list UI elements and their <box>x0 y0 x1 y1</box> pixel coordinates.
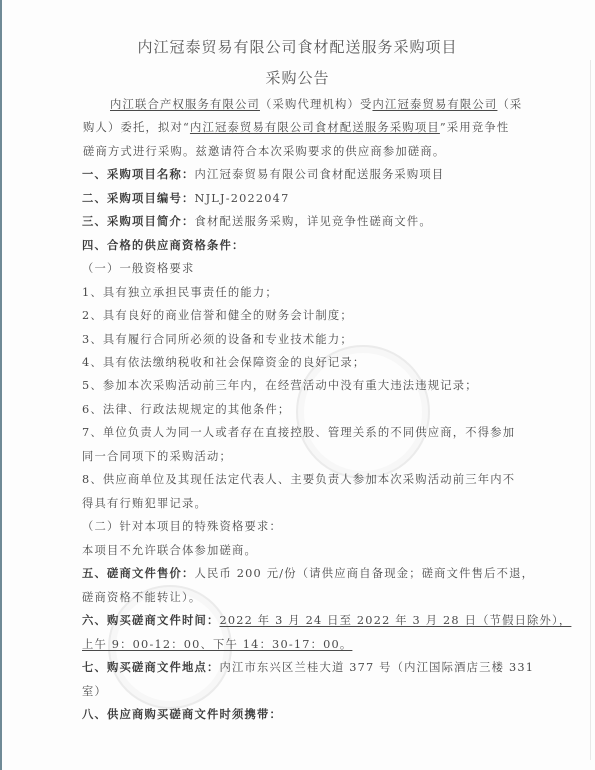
section-7-cont: 室） <box>82 683 107 699</box>
section-6: 六、购买磋商文件时间：2022 年 3 月 24 日至 2022 年 3 月 2… <box>82 612 571 628</box>
intro-text: 购人）委托，拟对“ <box>83 121 190 134</box>
requirement-item: 1、具有独立承担民事责任的能力； <box>82 284 278 300</box>
intro-text: ”采用竞争性 <box>440 121 509 134</box>
section-2: 二、采购项目编号：NJLJ-2022047 <box>82 190 289 206</box>
intro-text: （采购代理机构）受 <box>260 98 372 111</box>
agency-name: 内江联合产权服务有限公司 <box>110 98 260 111</box>
document-title: 内江冠泰贸易有限公司食材配送服务采购项目 <box>0 36 595 57</box>
section-5: 五、磋商文件售价：人民币 200 元/份（请供应商自备现金；磋商文件售后不退， <box>82 565 534 581</box>
purchase-hours: 上午 9：00-12：00、下午 14：30-17：00。 <box>82 636 352 652</box>
project-name: 内江冠泰贸易有限公司食材配送服务采购项目 <box>190 121 440 134</box>
section-value: 食材配送服务采购，详见竞争性磋商文件。 <box>194 215 431 228</box>
requirement-item: 6、法律、行政法规规定的其他条件； <box>82 401 290 417</box>
section-8-heading: 八、供应商购买磋商文件时须携带： <box>82 706 282 722</box>
intro-text: （采 <box>497 98 522 111</box>
section-5-cont: 磋商资格不能转让）。 <box>82 589 201 605</box>
special-requirements-text: 本项目不允许联合体参加磋商。 <box>82 542 257 558</box>
section-value: 内江冠泰贸易有限公司食材配送服务采购项目 <box>194 168 444 181</box>
section-label: 一、采购项目名称： <box>82 167 194 181</box>
intro-line-1: 内江联合产权服务有限公司（采购代理机构）受内江冠泰贸易有限公司（采 <box>110 96 522 112</box>
requirement-item: 4、具有依法缴纳税收和社会保障资金的良好记录； <box>82 354 365 370</box>
section-label: 二、采购项目编号： <box>82 191 194 205</box>
document-price: 人民币 200 元/份（请供应商自备现金；磋商文件售后不退， <box>194 567 534 580</box>
page-edge-right <box>590 60 591 760</box>
page-edge <box>0 0 2 770</box>
special-requirements-heading: （二）针对本项目的特殊资格要求： <box>82 518 282 534</box>
section-1: 一、采购项目名称：内江冠泰贸易有限公司食材配送服务采购项目 <box>82 166 444 182</box>
requirement-item-cont: 得具有行贿犯罪记录。 <box>82 495 207 511</box>
intro-line-2: 购人）委托，拟对“内江冠泰贸易有限公司食材配送服务采购项目”采用竞争性 <box>83 119 509 135</box>
section-label: 五、磋商文件售价： <box>82 566 194 580</box>
requirement-item: 7、单位负责人为同一人或者存在直接控股、管理关系的不同供应商，不得参加 <box>82 424 515 440</box>
purchase-dates: 2022 年 3 月 24 日至 2022 年 3 月 28 日（节假日除外）， <box>219 614 571 627</box>
section-3: 三、采购项目简介：食材配送服务采购，详见竞争性磋商文件。 <box>82 213 432 229</box>
section-7: 七、购买磋商文件地点：内江市东兴区兰桂大道 377 号（内江国际酒店三楼 331 <box>82 659 534 675</box>
section-label: 六、购买磋商文件时间： <box>82 613 219 627</box>
requirement-item: 8、供应商单位及其现任法定代表人、主要负责人参加本次采购活动前三年内不 <box>82 471 515 487</box>
requirement-item: 2、具有良好的商业信誉和健全的财务会计制度； <box>82 307 353 323</box>
project-number: NJLJ-2022047 <box>194 192 289 205</box>
purchaser-name: 内江冠泰贸易有限公司 <box>372 98 497 111</box>
intro-line-3: 磋商方式进行采购。兹邀请符合本次采购要求的供应商参加磋商。 <box>83 143 445 159</box>
section-4-heading: 四、合格的供应商资格条件： <box>82 237 244 253</box>
section-label: 七、购买磋商文件地点： <box>82 660 219 674</box>
purchase-address: 内江市东兴区兰桂大道 377 号（内江国际酒店三楼 331 <box>219 661 534 674</box>
requirement-item: 3、具有履行合同所必须的设备和专业技术能力； <box>82 331 353 347</box>
general-requirements-heading: （一）一般资格要求 <box>82 260 194 276</box>
requirement-item-cont: 同一合同项下的采购活动； <box>82 448 232 464</box>
requirement-item: 5、参加本次采购活动前三年内，在经营活动中没有重大违法违规记录； <box>82 377 478 393</box>
section-label: 三、采购项目简介： <box>82 214 194 228</box>
document-subtitle: 采购公告 <box>0 67 595 88</box>
